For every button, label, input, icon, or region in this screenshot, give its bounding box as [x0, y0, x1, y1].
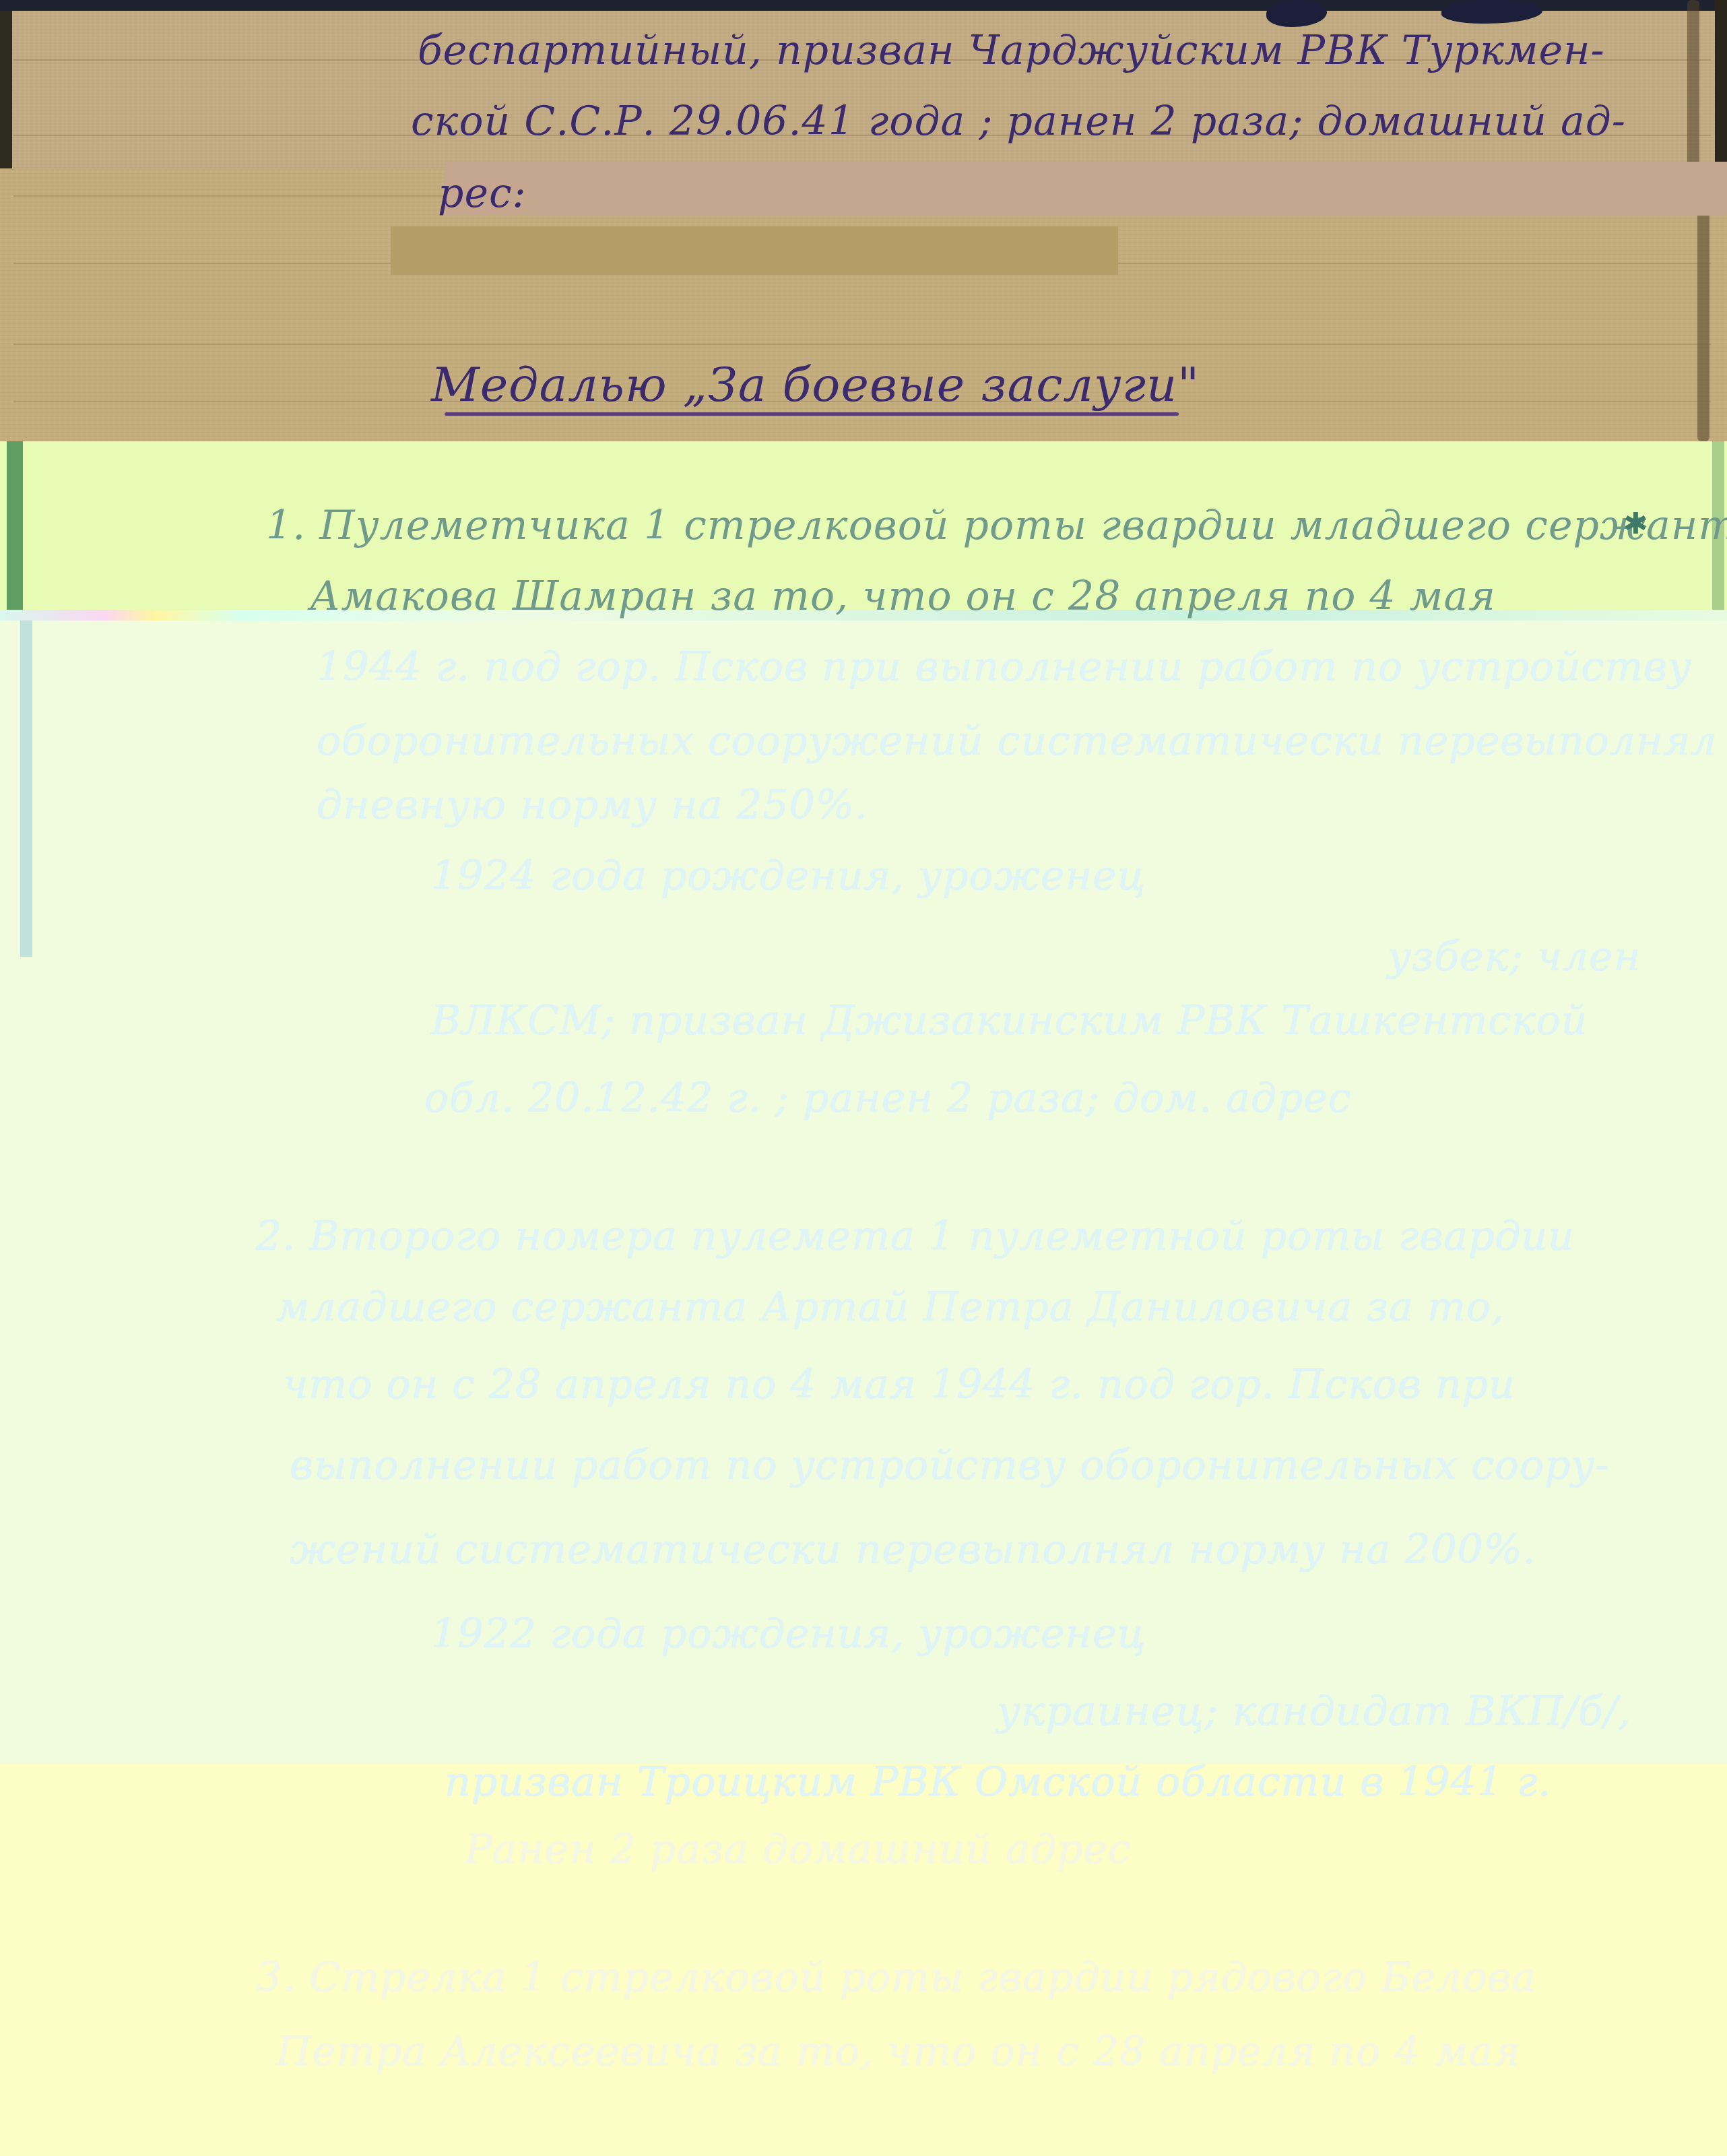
scan-border-right: [1715, 0, 1727, 168]
redacted-block: [445, 162, 1727, 216]
item-1-line: оборонительных сооружений систематически…: [317, 718, 1717, 765]
item-2-line: украинец; кандидат ВКП/б/,: [997, 1688, 1631, 1735]
ink-blot: [1266, 0, 1327, 27]
item-2-line: жений систематически перевыполнял норму …: [290, 1526, 1536, 1573]
ink-star-mark: ✱: [1623, 507, 1648, 541]
item-2-line: что он с 28 апреля по 4 мая 1944 г. под …: [283, 1361, 1516, 1408]
item-1-line: дневную норму на 250%.: [317, 782, 868, 829]
item-2-line: призван Троицким РВК Омской области в 19…: [445, 1758, 1551, 1806]
heading-underline: [445, 412, 1179, 416]
item-2-line: 2. Второго номера пулемета 1 пулеметной …: [256, 1213, 1575, 1260]
item-1-line: Амакова Шамран за то, что он с 28 апреля…: [310, 573, 1496, 620]
handwritten-line: беспартийный, призван Чарджуйским РВК Ту…: [418, 27, 1605, 74]
redacted-block: [391, 226, 1118, 275]
item-2-line: 1922 года рождения, уроженец: [431, 1610, 1146, 1657]
award-heading: Медалью „За боевые заслуги": [431, 357, 1200, 412]
ink-blot: [1441, 0, 1542, 24]
item-2-line: Ранен 2 раза домашний адрес: [465, 1826, 1131, 1873]
item-3-line: 3. Стрелка 1 стрелковой роты гвардии ряд…: [256, 1954, 1536, 2001]
paper-edge-stripe: [20, 620, 32, 957]
item-2-line: выполнении работ по устройству обороните…: [290, 1442, 1610, 1489]
item-3-line: Петра Алексеевича за то, что он с 28 апр…: [276, 2028, 1521, 2075]
item-1-line: 1. Пулеметчика 1 стрелковой роты гвардии…: [266, 502, 1727, 549]
paper-fold-line: [1687, 0, 1699, 168]
item-1-line: 1944 г. под гор. Псков при выполнении ра…: [317, 643, 1692, 691]
item-2-line: младшего сержанта Артай Петра Даниловича…: [276, 1283, 1505, 1331]
item-1-line: 1924 года рождения, уроженец: [431, 852, 1146, 899]
item-1-line: узбек; член: [1388, 933, 1641, 980]
handwritten-line: ской С.С.Р. 29.06.41 года ; ранен 2 раза…: [411, 98, 1626, 145]
item-1-line: ВЛКСМ; призван Джизакинским РВК Ташкентс…: [431, 997, 1588, 1044]
ruled-line: [13, 344, 1711, 345]
handwritten-line: рес:: [438, 170, 527, 217]
item-1-line: обл. 20.12.42 г. ; ранен 2 раза; дом. ад…: [424, 1075, 1351, 1122]
scan-border-left: [0, 11, 12, 168]
paper-edge-stripe: [7, 441, 23, 614]
